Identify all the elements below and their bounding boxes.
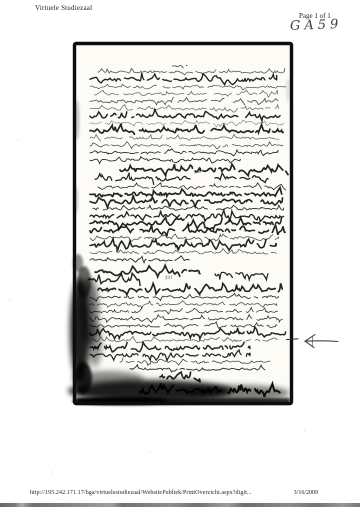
footer-url: http://195.242.171.17/hga/virtuelestudie… — [30, 490, 252, 496]
record-number-first: 330 — [194, 170, 202, 176]
print-footer: http://195.242.171.17/hga/virtuelestudie… — [30, 490, 318, 496]
printed-scan-page: { "header": { "site_title": "Virtuele St… — [0, 0, 360, 509]
footer-date: 3/16/2009 — [294, 490, 318, 496]
record-number-second: 331 — [165, 276, 173, 281]
scanned-document-image — [0, 0, 360, 509]
arrow-left-icon — [287, 335, 339, 348]
scan-edge-line — [0, 503, 360, 507]
